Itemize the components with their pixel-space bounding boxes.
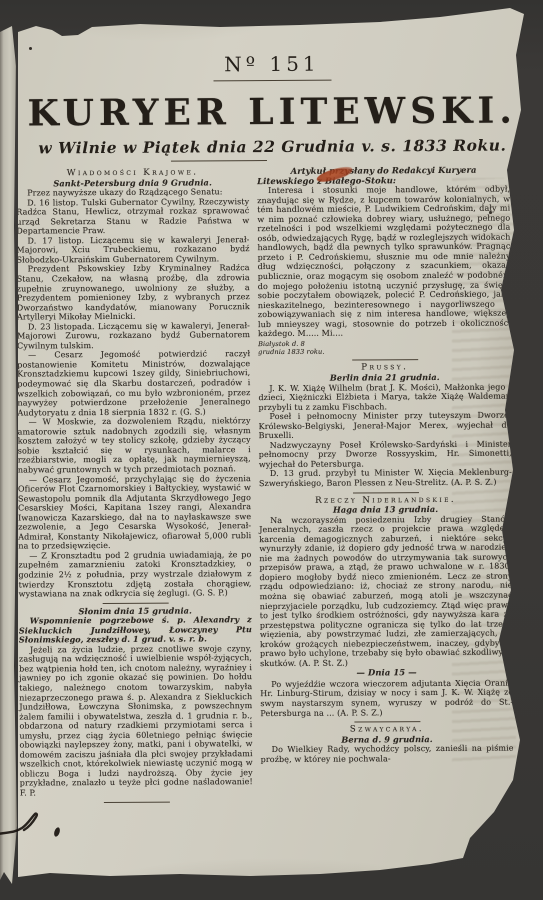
letter-paragraph: Interesa i stosunki moje handlowe, któré… [257,185,511,339]
news-paragraph: J. K. W. Xiążę Wilhelm (brat J. K. Mości… [258,382,511,412]
section-divider [103,801,169,802]
news-paragraph: — Cesarz Jegomość potwierdzić raczył pos… [17,350,250,418]
netherlands-sub-dateline: — Dnia 15 — [260,668,513,679]
obituary-lede: Wspomnienie pogrzebowe ś. p. Alexandry z… [19,615,252,645]
masthead-rule [213,80,331,82]
news-paragraph: D. 16 listop. Tulski Gubernator Cywilny,… [16,197,249,237]
left-column: Wiadomości Krajowe. Sankt-Petersburg dni… [16,167,253,806]
section-divider [354,721,420,722]
obituary-paragraph: Jeżeli za życia ludzie, przez cnotliwe s… [19,644,253,798]
letter-signature-date: grudnia 1833 roku. [258,347,511,356]
masthead: Nº 151 KURYER LITEWSKI. w Wilnie w Piąte… [0,0,543,163]
letter-signature: Białystok d. 8 grudnia 1833 roku. [258,339,511,356]
dateline-rule [171,160,267,162]
issue-number: Nº 151 [0,50,543,77]
news-paragraph: Na wczorayszém posiedzeniu Izby drugiey … [259,514,513,668]
news-paragraph: D. 17 listop. Liczącemu się w kawaleryi … [16,235,249,265]
news-paragraph: — Z Kronsztadtu pod 2 grudnia uwiadamiaj… [18,550,251,599]
newspaper-page: Nº 151 KURYER LITEWSKI. w Wilnie w Piąte… [0,0,543,900]
news-paragraph: Do Wielkiey Rady, wychodźcy polscy, zani… [261,744,514,765]
news-paragraph: D. 13 grud. przybył tu Minister W. Xięci… [259,468,512,489]
section-divider [353,492,419,493]
section-divider [352,360,418,361]
section-divider [102,602,168,603]
news-paragraph: — Cesarz Jegomość, przychylając się do ż… [18,474,251,552]
right-column: Artykuł przysłany do Redakcyi Kuryera Li… [257,166,514,765]
page-content: Nº 151 KURYER LITEWSKI. w Wilnie w Piąte… [0,0,543,806]
news-paragraph: Prezydent Pskowskiey Izby Kryminalney Ra… [17,264,250,323]
newspaper-title: KURYER LITEWSKI. [1,89,543,134]
ink-dot [29,47,32,50]
adjacent-page-edge [0,26,18,888]
news-paragraph: Nadzwyczayny Poseł Królewsko-Sardyński i… [259,439,512,469]
news-paragraph: D. 23 listopada. Liczącemu się w kawaler… [17,321,250,351]
scan-background: Nº 151 KURYER LITEWSKI. w Wilnie w Piąte… [0,0,543,900]
masthead-dateline: w Wilnie w Piątek dnia 22 Grudnia v. s. … [1,135,543,157]
news-paragraph: — W Moskwie, za dozwoleniem Rządu, niekt… [18,416,251,475]
article-columns: Wiadomości Krajowe. Sankt-Petersburg dni… [1,165,543,806]
news-paragraph: Poseł i pełnomocny Minister przy tuteysz… [259,411,512,441]
ink-smudge [0,810,90,846]
ink-dot [489,211,492,214]
news-paragraph: Po wyjeźdźie wczora wieczorem adjutanta … [260,678,513,718]
